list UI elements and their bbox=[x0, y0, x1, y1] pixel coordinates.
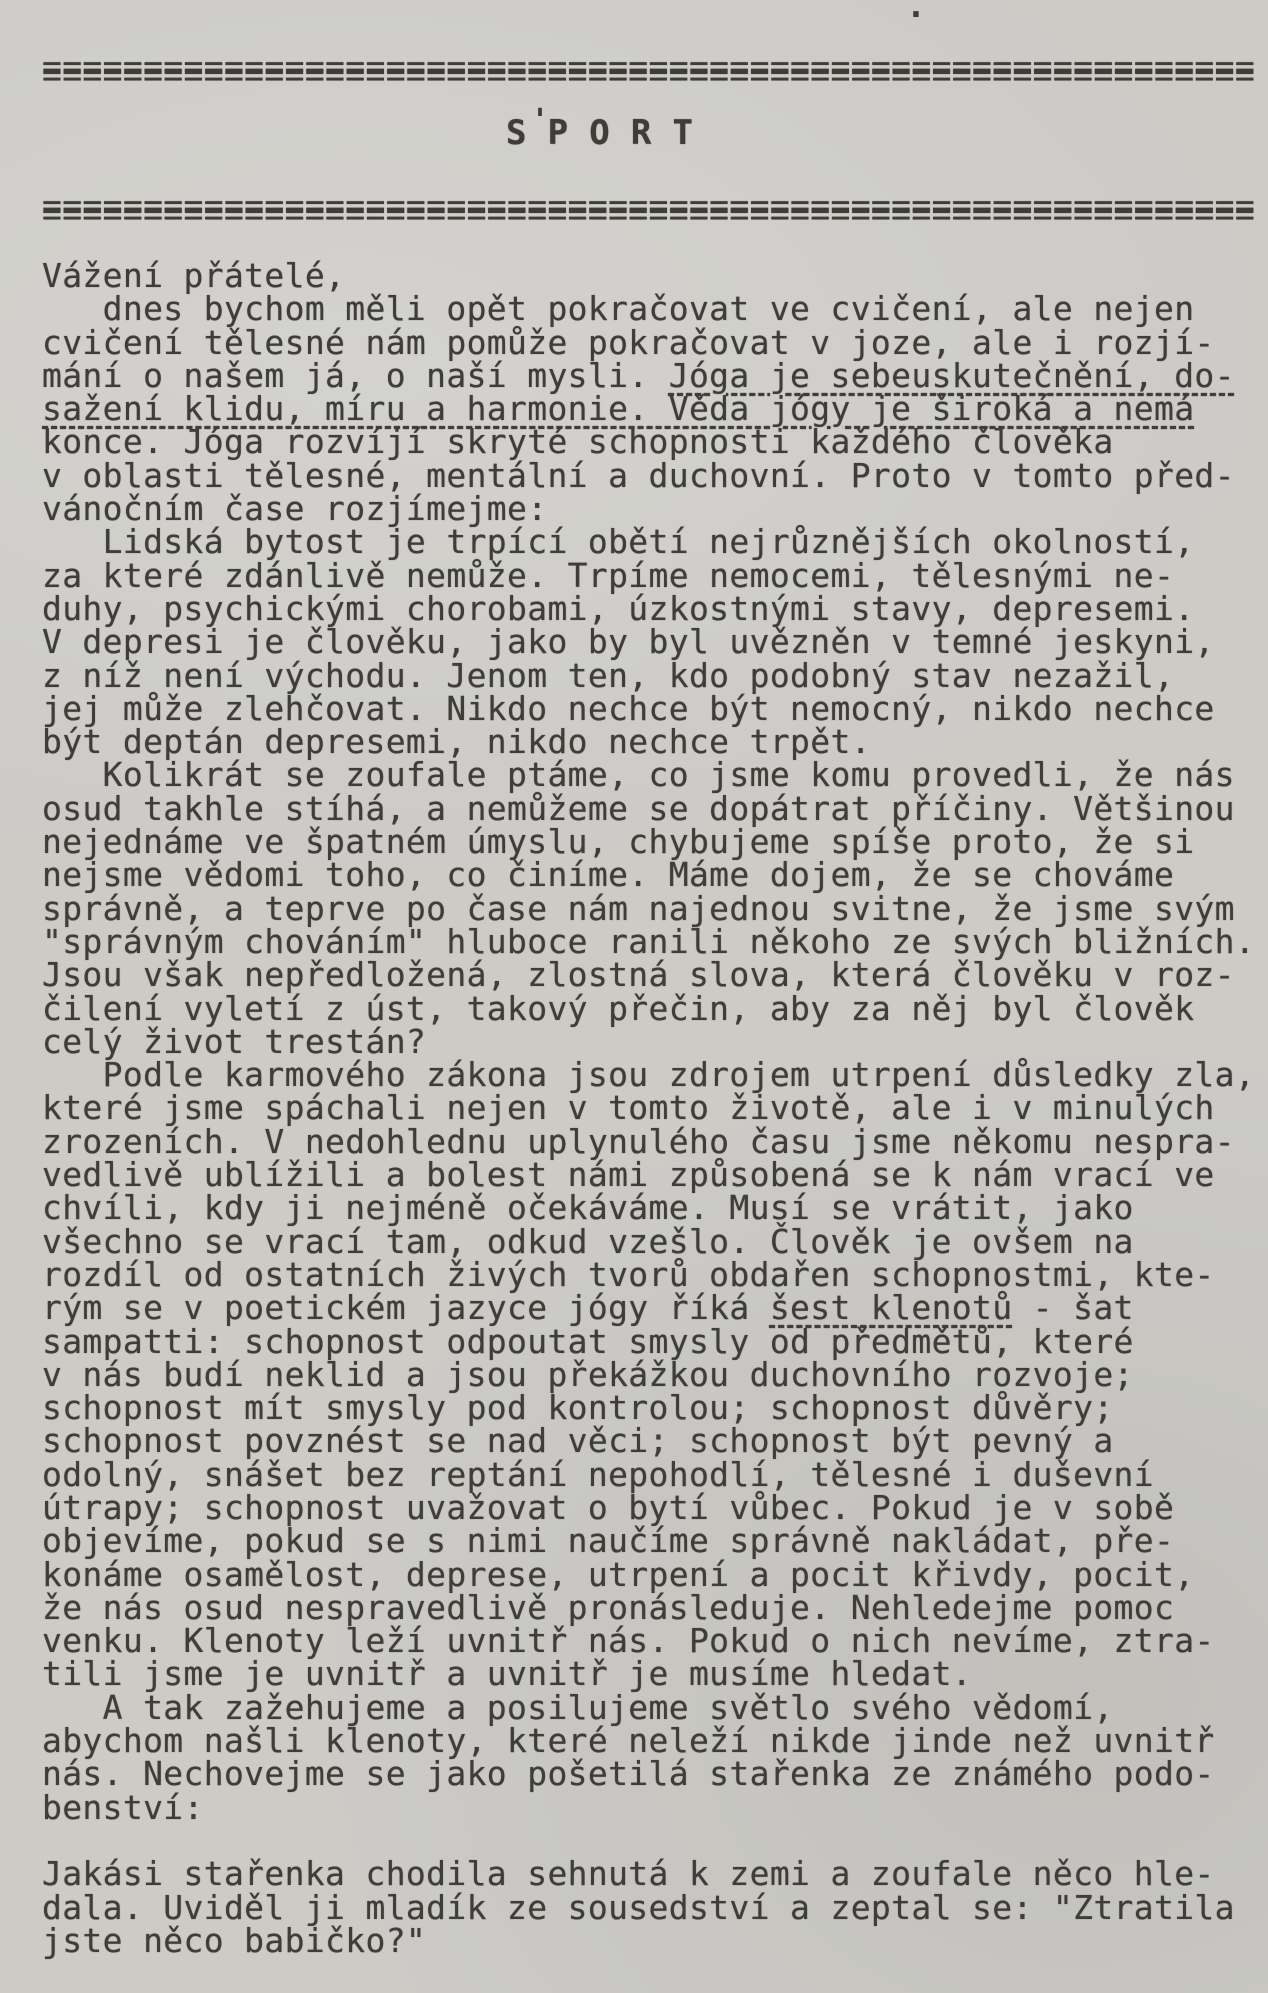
text-line: benství: bbox=[42, 1791, 1255, 1824]
text-line: vedlivě ublížili a bolest námi způsobená… bbox=[42, 1158, 1255, 1191]
text-run: benství: bbox=[42, 1788, 204, 1827]
document-page: { "colors": { "paper": "#d5d4d0", "ink":… bbox=[0, 0, 1268, 1993]
text-line: V depresi je člověku, jako by byl uvězně… bbox=[42, 625, 1255, 658]
text-line: tili jsme je uvnitř a uvnitř je musíme h… bbox=[42, 1657, 1255, 1690]
text-run: nás. Nechovejme se jako pošetilá stařenk… bbox=[42, 1754, 1215, 1793]
text-line: abychom našli klenoty, které neleží nikd… bbox=[42, 1724, 1255, 1757]
title-apostrophe-artifact: ' bbox=[531, 103, 549, 138]
second-divider-row-2: ========================================… bbox=[42, 197, 1255, 230]
text-line: konáme osamělost, deprese, utrpení a poc… bbox=[42, 1558, 1255, 1591]
text-line: v nás budí neklid a jsou překážkou ducho… bbox=[42, 1358, 1255, 1391]
text-line: Lidská bytost je trpící obětí nejrůznějš… bbox=[42, 525, 1255, 558]
text-line: duhy, psychickými chorobami, úzkostnými … bbox=[42, 592, 1255, 625]
text-line: Kolikrát se zoufale ptáme, co jsme komu … bbox=[42, 758, 1255, 791]
text-line: konce. Jóga rozvíjí skryté schopnosti ka… bbox=[42, 425, 1255, 458]
text-line: "správným chováním" hluboce ranili někoh… bbox=[42, 925, 1255, 958]
text-line: všechno se vrací tam, odkud vzešlo. Člov… bbox=[42, 1225, 1255, 1258]
text-line: dala. Uviděl ji mladík ze sousedství a z… bbox=[42, 1891, 1255, 1924]
text-line: rým se v poetickém jazyce jógy říká šest… bbox=[42, 1291, 1255, 1324]
text-line: objevíme, pokud se s nimi naučíme správn… bbox=[42, 1524, 1255, 1557]
stray-period-mark: . bbox=[906, 0, 926, 25]
text-line: schopnost mít smysly pod kontrolou; scho… bbox=[42, 1391, 1255, 1424]
text-line: jste něco babičko?" bbox=[42, 1924, 1255, 1957]
text-line: A tak zažehujeme a posilujeme světlo své… bbox=[42, 1691, 1255, 1724]
text-line: mání o našem já, o naší mysli. Jóga je s… bbox=[42, 359, 1255, 392]
text-line: Podle karmového zákona jsou zdrojem utrp… bbox=[42, 1058, 1255, 1091]
text-line: správně, a teprve po čase nám najednou s… bbox=[42, 892, 1255, 925]
text-line: za které zdánlivě nemůže. Trpíme nemocem… bbox=[42, 559, 1255, 592]
typed-page: . ======================================… bbox=[0, 0, 1268, 1993]
text-line: jej může zlehčovat. Nikdo nechce být nem… bbox=[42, 692, 1255, 725]
text-line: venku. Klenoty leží uvnitř nás. Pokud o … bbox=[42, 1624, 1255, 1657]
text-line: odolný, snášet bez reptání nepohodlí, tě… bbox=[42, 1458, 1255, 1491]
text-line: celý život trestán? bbox=[42, 1025, 1255, 1058]
text-line: nejednáme ve špatném úmyslu, chybujeme s… bbox=[42, 825, 1255, 858]
text-line: schopnost povznést se nad věci; schopnos… bbox=[42, 1424, 1255, 1457]
blank-line bbox=[42, 1824, 1255, 1857]
text-line: útrapy; schopnost uvažovat o bytí vůbec.… bbox=[42, 1491, 1255, 1524]
text-line: nejsme vědomi toho, co činíme. Máme doje… bbox=[42, 858, 1255, 891]
text-line: dnes bychom měli opět pokračovat ve cvič… bbox=[42, 292, 1255, 325]
text-line: Jsou však nepředložená, zlostná slova, k… bbox=[42, 958, 1255, 991]
text-line: z níž není východu. Jenom ten, kdo podob… bbox=[42, 659, 1255, 692]
text-line: osud takhle stíhá, a nemůžeme se dopátra… bbox=[42, 792, 1255, 825]
text-line: vánočním čase rozjímejme: bbox=[42, 492, 1255, 525]
text-run: jste něco babičko?" bbox=[42, 1921, 426, 1960]
top-divider-row-2: ========================================… bbox=[42, 58, 1255, 91]
text-line: sampatti: schopnost odpoutat smysly od p… bbox=[42, 1325, 1255, 1358]
text-line: čilení vyletí z úst, takový přečin, aby … bbox=[42, 992, 1255, 1025]
text-line: Vážení přátelé, bbox=[42, 259, 1255, 292]
text-line: rozdíl od ostatních živých tvorů obdařen… bbox=[42, 1258, 1255, 1291]
text-line: nás. Nechovejme se jako pošetilá stařenk… bbox=[42, 1757, 1255, 1790]
text-line: Jakási stařenka chodila sehnutá k zemi a… bbox=[42, 1857, 1255, 1890]
body-text: Vážení přátelé, dnes bychom měli opět po… bbox=[42, 259, 1255, 1957]
text-line: být deptán depresemi, nikdo nechce trpět… bbox=[42, 725, 1255, 758]
text-line: že nás osud nespravedlivě pronásleduje. … bbox=[42, 1591, 1255, 1624]
text-line: sažení klidu, míru a harmonie. Věda jógy… bbox=[42, 392, 1255, 425]
text-line: které jsme spáchali nejen v tomto životě… bbox=[42, 1091, 1255, 1124]
text-line: chvíli, kdy ji nejméně očekáváme. Musí s… bbox=[42, 1191, 1255, 1224]
text-line: v oblasti tělesné, mentální a duchovní. … bbox=[42, 459, 1255, 492]
text-line: zrozeních. V nedohlednu uplynulého času … bbox=[42, 1125, 1255, 1158]
text-line: cvičení tělesné nám pomůže pokračovat v … bbox=[42, 326, 1255, 359]
